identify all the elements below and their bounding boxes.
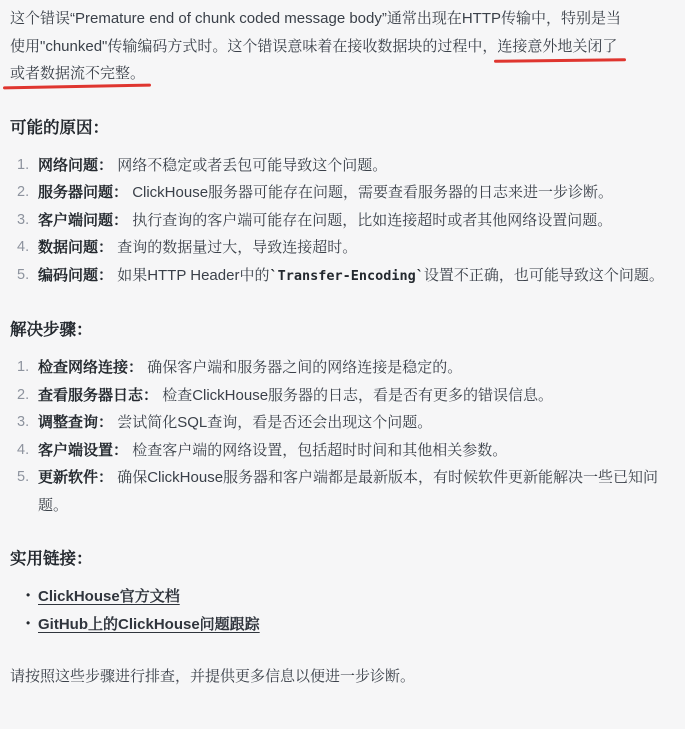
item-title: 客户端问题：	[38, 212, 128, 229]
intro-text: 使用"chunked"传输编码方式时。这个错误意味着在接收数据块的过程中，	[10, 38, 497, 55]
item-text: 检查客户端的网络设置，包括超时时间和其他相关参数。	[132, 442, 507, 459]
steps-heading: 解决步骤：	[10, 320, 675, 341]
item-title: 调整查询：	[38, 414, 113, 431]
item-text: 查询的数据量过大，导致连接超时。	[117, 239, 357, 256]
list-number: 1.	[17, 152, 29, 180]
list-number: 4.	[17, 437, 29, 465]
list-item: • GitHub上的ClickHouse问题跟踪	[10, 611, 675, 639]
assistant-message: 这个错误“Premature end of chunk coded messag…	[0, 0, 685, 691]
clickhouse-docs-link[interactable]: ClickHouse官方文档	[38, 588, 180, 605]
list-item: 5. 更新软件： 确保ClickHouse服务器和客户端都是最新版本，有时候软件…	[10, 464, 675, 519]
list-number: 1.	[17, 354, 29, 382]
intro-text: 这个错误“Premature end of chunk coded messag…	[10, 10, 621, 27]
item-text: 如果HTTP Header中的	[117, 267, 269, 284]
item-text: 确保客户端和服务器之间的网络连接是稳定的。	[147, 359, 462, 376]
list-item: 4. 客户端设置： 检查客户端的网络设置，包括超时时间和其他相关参数。	[10, 437, 675, 465]
bullet-icon: •	[26, 582, 30, 610]
item-text: 确保ClickHouse服务器和客户端都是最新版本，有时候软件更新能解决一些已知…	[38, 469, 658, 514]
links-heading: 实用链接：	[10, 549, 675, 570]
intro-marked-text: 或者数据流不完整。	[10, 65, 145, 82]
list-item: • ClickHouse官方文档	[10, 583, 675, 611]
steps-list: 1. 检查网络连接： 确保客户端和服务器之间的网络连接是稳定的。 2. 查看服务…	[10, 354, 675, 519]
intro-marked-text: 连接意外地关闭了	[497, 38, 617, 55]
list-number: 5.	[17, 262, 29, 290]
bullet-icon: •	[26, 610, 30, 638]
item-text: ClickHouse服务器可能存在问题，需要查看服务器的日志来进一步诊断。	[132, 184, 613, 201]
red-underline-annotation: 连接意外地关闭了	[497, 38, 617, 55]
item-title: 客户端设置：	[38, 442, 128, 459]
inline-code: `Transfer-Encoding`	[269, 268, 423, 284]
causes-list: 1. 网络问题： 网络不稳定或者丢包可能导致这个问题。 2. 服务器问题： Cl…	[10, 152, 675, 291]
item-title: 服务器问题：	[38, 184, 128, 201]
list-item: 1. 网络问题： 网络不稳定或者丢包可能导致这个问题。	[10, 152, 675, 180]
list-item: 3. 调整查询： 尝试简化SQL查询，看是否还会出现这个问题。	[10, 409, 675, 437]
causes-heading: 可能的原因：	[10, 118, 675, 139]
list-number: 2.	[17, 382, 29, 410]
item-text: 尝试简化SQL查询，看是否还会出现这个问题。	[117, 414, 432, 431]
item-text: 网络不稳定或者丢包可能导致这个问题。	[117, 157, 387, 174]
list-number: 4.	[17, 234, 29, 262]
list-number: 5.	[17, 464, 29, 492]
list-item: 4. 数据问题： 查询的数据量过大，导致连接超时。	[10, 234, 675, 262]
links-list: • ClickHouse官方文档 • GitHub上的ClickHouse问题跟…	[10, 583, 675, 638]
list-item: 2. 查看服务器日志： 检查ClickHouse服务器的日志，看是否有更多的错误…	[10, 382, 675, 410]
red-underline-annotation: 或者数据流不完整。	[10, 65, 145, 82]
item-title: 检查网络连接：	[38, 359, 143, 376]
intro-line-2: 使用"chunked"传输编码方式时。这个错误意味着在接收数据块的过程中，连接意…	[10, 33, 675, 61]
clickhouse-github-issues-link[interactable]: GitHub上的ClickHouse问题跟踪	[38, 616, 260, 633]
item-title: 查看服务器日志：	[38, 387, 158, 404]
intro-paragraph: 这个错误“Premature end of chunk coded messag…	[10, 5, 675, 88]
list-number: 3.	[17, 207, 29, 235]
closing-paragraph: 请按照这些步骤进行排查，并提供更多信息以便进一步诊断。	[10, 663, 675, 691]
item-text: 设置不正确，也可能导致这个问题。	[424, 267, 664, 284]
list-item: 2. 服务器问题： ClickHouse服务器可能存在问题，需要查看服务器的日志…	[10, 179, 675, 207]
item-title: 编码问题：	[38, 267, 113, 284]
item-title: 更新软件：	[38, 469, 113, 486]
intro-line-1: 这个错误“Premature end of chunk coded messag…	[10, 5, 675, 33]
list-number: 2.	[17, 179, 29, 207]
item-text: 执行查询的客户端可能存在问题，比如连接超时或者其他网络设置问题。	[132, 212, 612, 229]
item-title: 网络问题：	[38, 157, 113, 174]
list-number: 3.	[17, 409, 29, 437]
intro-line-3: 或者数据流不完整。	[10, 60, 675, 88]
item-text: 检查ClickHouse服务器的日志，看是否有更多的错误信息。	[162, 387, 553, 404]
item-title: 数据问题：	[38, 239, 113, 256]
list-item: 1. 检查网络连接： 确保客户端和服务器之间的网络连接是稳定的。	[10, 354, 675, 382]
list-item: 5. 编码问题： 如果HTTP Header中的`Transfer-Encodi…	[10, 262, 675, 291]
list-item: 3. 客户端问题： 执行查询的客户端可能存在问题，比如连接超时或者其他网络设置问…	[10, 207, 675, 235]
